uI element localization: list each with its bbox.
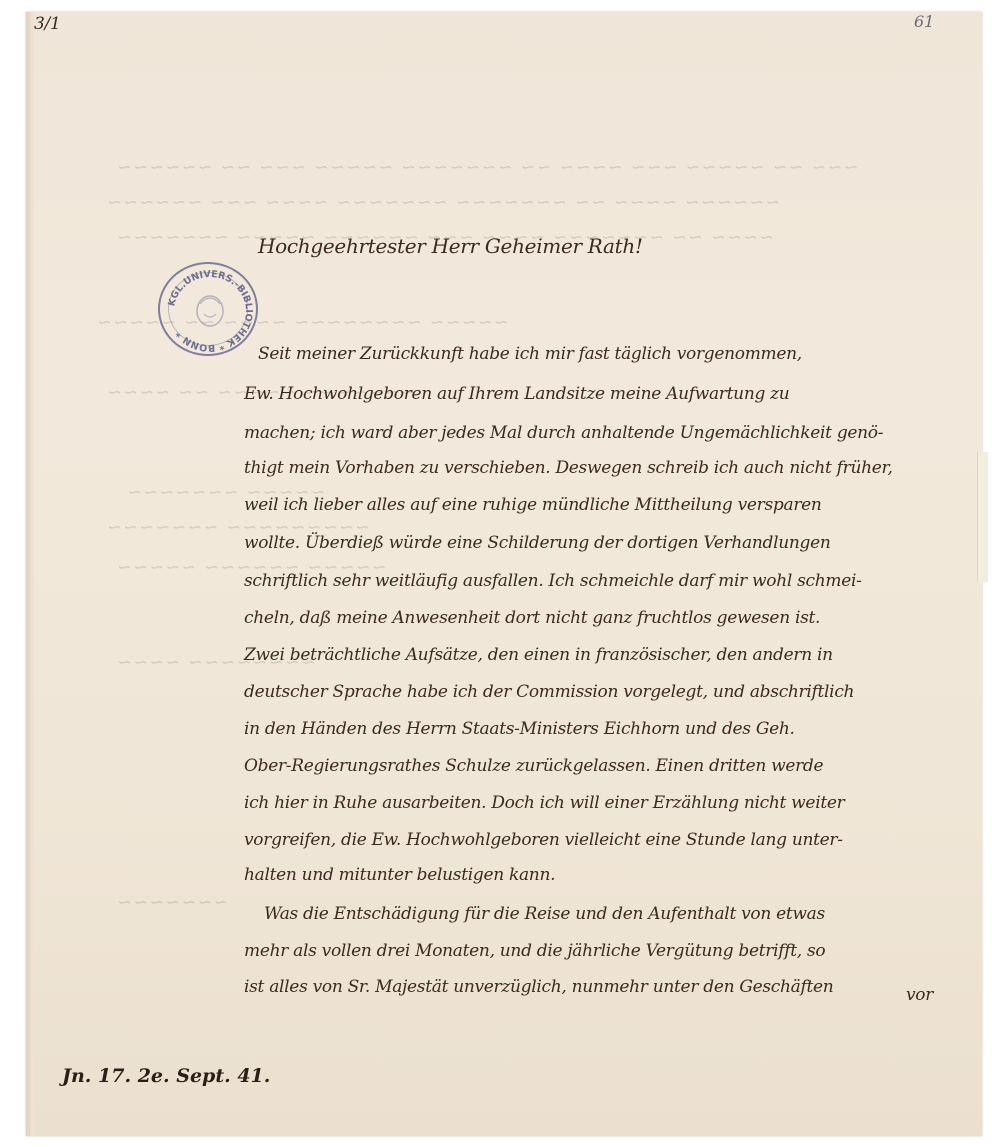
letter-line: Ew. Hochwohlgeboren auf Ihrem Landsitze … xyxy=(244,384,789,404)
letter-line: in den Händen des Herrn Staats-Ministers… xyxy=(244,719,795,739)
stamp-emblem-icon: KGL.UNIVERS.-BIBLIOTHEK * BONN * xyxy=(160,264,260,358)
bleed-through-text: ~~~ ~~ ~~~~~ ~~~ ~~~~ ~~ ~~~~~~~ ~~~~~ ~… xyxy=(113,157,862,178)
letter-line: Was die Entschädigung für die Reise und … xyxy=(264,904,825,924)
bleed-through-text: ~~~~~~ ~~~~ ~~ ~~~~~~~ ~~~~~~~ ~~~~ ~~~ … xyxy=(103,192,784,213)
letter-line: cheln, daß meine Anwesenheit dort nicht … xyxy=(244,608,820,628)
letter-line: mehr als vollen drei Monaten, und die jä… xyxy=(244,941,825,961)
letter-line: weil ich lieber alles auf eine ruhige mü… xyxy=(244,495,822,515)
library-stamp: KGL.UNIVERS.-BIBLIOTHEK * BONN * xyxy=(158,262,258,356)
letter-line: vorgreifen, die Ew. Hochwohlgeboren viel… xyxy=(244,830,843,850)
letter-line: thigt mein Vorhaben zu verschieben. Desw… xyxy=(244,458,893,478)
letter-line: Seit meiner Zurückkunft habe ich mir fas… xyxy=(258,344,802,364)
letter-line: ist alles von Sr. Majestät unverzüglich,… xyxy=(244,977,833,997)
bleed-through-text: ~~~~~~~ xyxy=(113,892,232,913)
salutation: Hochgeehrtester Herr Geheimer Rath! xyxy=(258,234,643,258)
folio-number-crossed: 3/1 xyxy=(34,14,60,34)
folio-number: 61 xyxy=(914,12,934,31)
letter-line: halten und mitunter belustigen kann. xyxy=(244,865,555,885)
letter-line: deutscher Sprache habe ich der Commissio… xyxy=(244,682,854,702)
letter-line: wollte. Überdieß würde eine Schilderung … xyxy=(244,533,831,553)
letter-line: schriftlich sehr weitläufig ausfallen. I… xyxy=(244,571,862,591)
letter-line: Ober-Regierungsrathes Schulze zurückgela… xyxy=(244,756,823,776)
torn-edge xyxy=(977,452,988,582)
catchword: vor xyxy=(906,985,933,1005)
letter-line: ich hier in Ruhe ausarbeiten. Doch ich w… xyxy=(244,793,844,813)
letter-line: Zwei beträchtliche Aufsätze, den einen i… xyxy=(244,645,833,665)
bleed-through-text: ~~~~~ ~~~~~~~~ ~~~~ ~~ ~~~~~ xyxy=(93,312,513,333)
svg-text:KGL.UNIVERS.-BIBLIOTHEK * BONN: KGL.UNIVERS.-BIBLIOTHEK * BONN * xyxy=(166,269,254,353)
archival-date-note: Jn. 17. 2e. Sept. 41. xyxy=(62,1065,270,1087)
letter-line: machen; ich ward aber jedes Mal durch an… xyxy=(244,423,883,443)
